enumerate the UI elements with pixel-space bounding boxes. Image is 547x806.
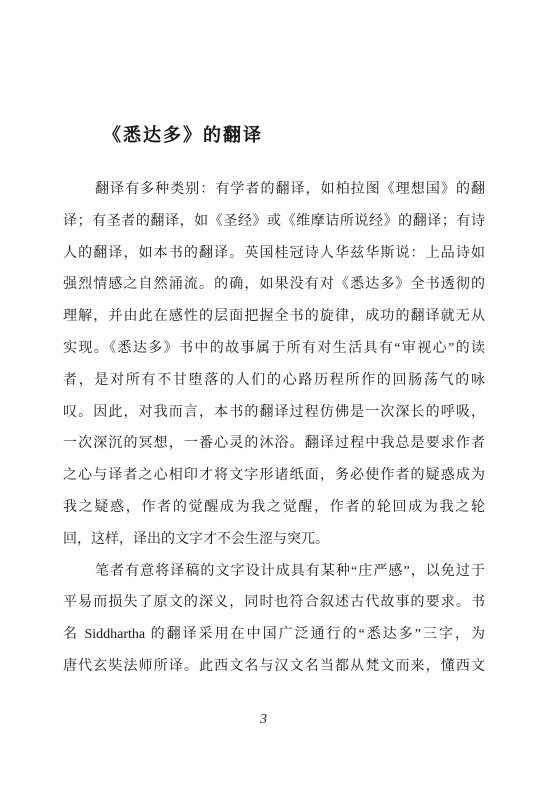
text-line: 之心与译者之心相印才将文字形诸纸面，务必使作者的疑惑成为 bbox=[63, 460, 485, 492]
text-line: 译；有圣者的翻译，如《圣经》或《维摩诘所说经》的翻译；有诗 bbox=[63, 206, 485, 238]
text-line: 我之疑惑，作者的觉醒成为我之觉醒，作者的轮回成为我之轮 bbox=[63, 492, 485, 524]
text-line: 回，这样，译出的文字才不会生涩与突兀。 bbox=[63, 524, 485, 556]
page-number: 3 bbox=[0, 712, 527, 728]
text-line: 人的翻译，如本书的翻译。英国桂冠诗人华兹华斯说：上品诗如 bbox=[63, 238, 485, 270]
text-line: 者，是对所有不甘堕落的人们的心路历程所作的回肠荡气的咏 bbox=[63, 365, 485, 397]
body-text: 翻译有多种类别：有学者的翻译，如柏拉图《理想国》的翻 译；有圣者的翻译，如《圣经… bbox=[63, 174, 485, 683]
text-line: 理解，并由此在感性的层面把握全书的旋律，成功的翻译就无从 bbox=[63, 301, 485, 333]
text-line: 名 Siddhartha 的翻译采用在中国广泛通行的“悉达多”三字，为 bbox=[63, 619, 485, 651]
text-line: 一次深沉的冥想，一番心灵的沐浴。翻译过程中我总是要求作者 bbox=[63, 428, 485, 460]
chapter-title: 《悉达多》的翻译 bbox=[103, 121, 263, 147]
book-page: 《悉达多》的翻译 翻译有多种类别：有学者的翻译，如柏拉图《理想国》的翻 译；有圣… bbox=[0, 0, 547, 806]
text-line: 唐代玄奘法师所译。此西文名与汉文名当都从梵文而来，懂西文 bbox=[63, 651, 485, 683]
text-line: 平易而损失了原文的深义，同时也符合叙述古代故事的要求。书 bbox=[63, 587, 485, 619]
text-line: 笔者有意将译稿的文字设计成具有某种“庄严感”，以免过于 bbox=[63, 556, 485, 588]
text-line: 实现。《悉达多》书中的故事属于所有对生活具有“审视心”的读 bbox=[63, 333, 485, 365]
text-line: 叹。因此，对我而言，本书的翻译过程仿佛是一次深长的呼吸， bbox=[63, 397, 485, 429]
text-line: 强烈情感之自然涌流。的确，如果没有对《悉达多》全书透彻的 bbox=[63, 269, 485, 301]
text-line: 翻译有多种类别：有学者的翻译，如柏拉图《理想国》的翻 bbox=[63, 174, 485, 206]
